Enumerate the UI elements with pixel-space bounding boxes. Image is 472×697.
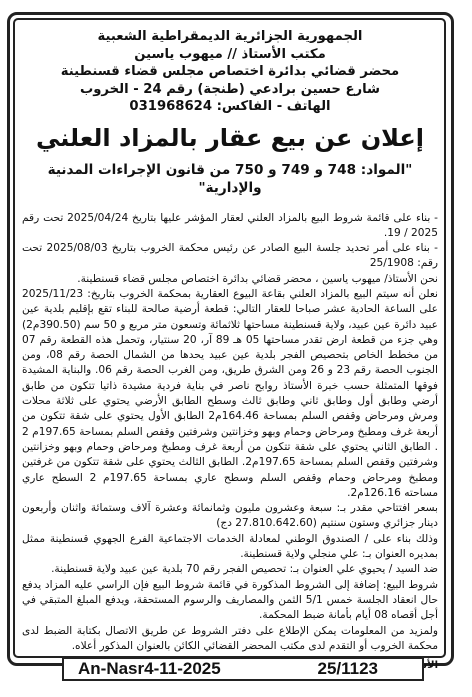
paragraph-conditions-list: - بناء على قائمة شروط البيع بالمزاد العل… bbox=[22, 211, 438, 242]
paragraph-defendant: ضد السيد / يحيوي علي العنوان بـ: تحصيص ا… bbox=[22, 562, 438, 577]
legal-articles-subtitle: "المواد: 748 و 749 و 750 من قانون الإجرا… bbox=[22, 161, 438, 197]
bailiff-jurisdiction: محضر قضائي بدائرة اختصاص مجلس قضاء قسنطي… bbox=[22, 63, 438, 81]
publication-footer: An-Nasr4-11-2025 25/1123 bbox=[62, 657, 424, 681]
letterhead: الجمهورية الجزائرية الديمقراطية الشعبية … bbox=[22, 28, 438, 116]
reference-number: 25/1123 bbox=[317, 659, 378, 679]
paragraph-plaintiff: وذلك بناء على / الصندوق الوطني لمعادلة ا… bbox=[22, 532, 438, 563]
paragraph-bailiff: نحن الأستاذ/ ميهوب ياسين ، محضر قضائي بد… bbox=[22, 272, 438, 287]
announcement-body: - بناء على قائمة شروط البيع بالمزاد العل… bbox=[22, 211, 438, 674]
announcement-content: الجمهورية الجزائرية الديمقراطية الشعبية … bbox=[22, 28, 438, 673]
announcement-title: إعلان عن بيع عقار بالمزاد العلني bbox=[22, 123, 438, 153]
paragraph-session-order: - بناء على أمر تحديد جلسة البيع الصادر ع… bbox=[22, 241, 438, 272]
office-address: شارع حسين برادعي (طنجة) رقم 24 - الخروب bbox=[22, 81, 438, 99]
paragraph-more-info: ولمزيد من المعلومات يمكن الإطلاع على دفت… bbox=[22, 624, 438, 655]
publication-date: An-Nasr4-11-2025 bbox=[78, 659, 221, 679]
phone-fax: الهاتف - الفاكس: 031968624 bbox=[22, 98, 438, 116]
paragraph-property-description: نعلن أنه سيتم البيع بالمزاد العلني بقاعة… bbox=[22, 287, 438, 501]
country-name: الجمهورية الجزائرية الديمقراطية الشعبية bbox=[22, 28, 438, 46]
office-name: مكتب الأستاذ // ميهوب ياسين bbox=[22, 46, 438, 64]
paragraph-sale-terms: شروط البيع: إضافة إلى الشروط المذكورة في… bbox=[22, 578, 438, 624]
paragraph-opening-price: بسعر افتتاحي مقدر بـ: سبعة وعشرون مليون … bbox=[22, 501, 438, 532]
